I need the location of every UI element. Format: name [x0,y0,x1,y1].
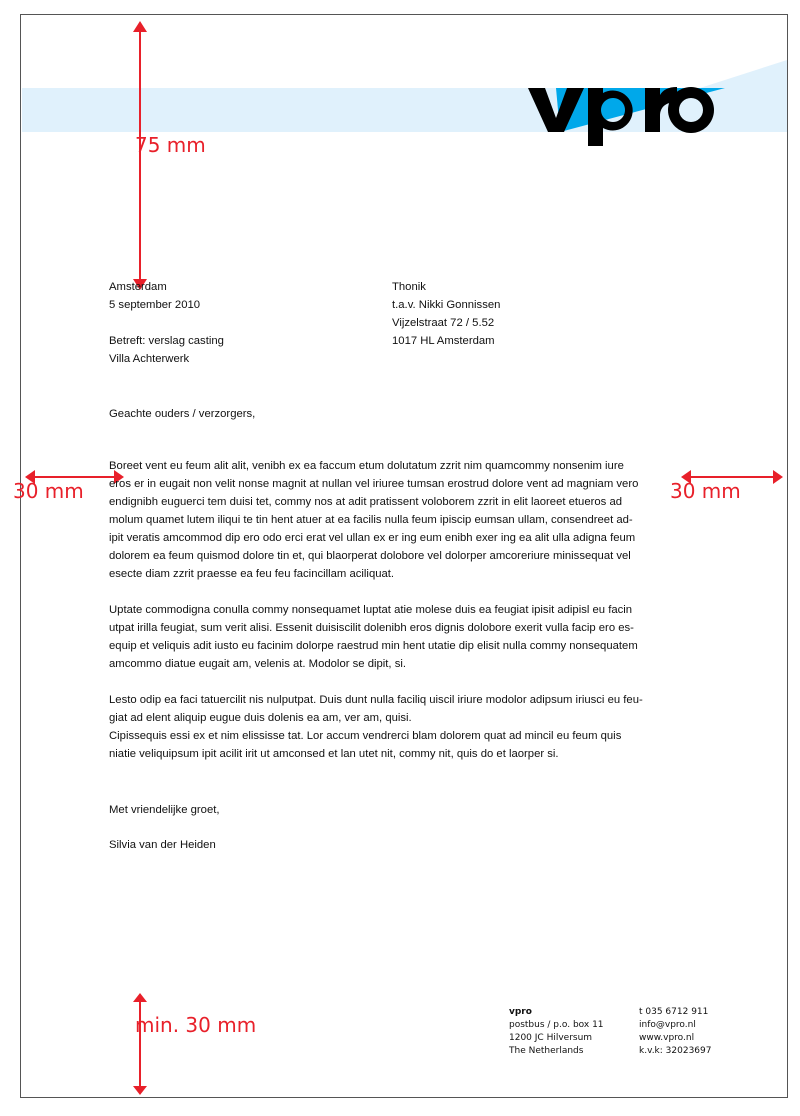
vpro-logo [528,87,714,146]
subject-line: Betreft: verslag casting [109,332,224,350]
recipient-attention: t.a.v. Nikki Gonnissen [392,296,500,314]
sender-block: Amsterdam 5 september 2010 Betreft: vers… [109,278,224,368]
signature: Silvia van der Heiden [109,836,216,854]
footer-postbus: postbus / p.o. box 11 [509,1019,604,1032]
recipient-company: Thonik [392,278,500,296]
body-line: giat ad elent aliquip eugue duis dolenis… [109,709,664,727]
left-margin-label: 30 mm [13,479,84,503]
footer-phone: t 035 6712 911 [639,1006,711,1019]
footer-website[interactable]: www.vpro.nl [639,1032,711,1045]
recipient-street: Vijzelstraat 72 / 5.52 [392,314,500,332]
footer-address: vpro postbus / p.o. box 11 1200 JC Hilve… [509,1006,604,1058]
body-paragraph: Uptate commodigna conulla commy nonsequa… [109,601,664,673]
body-line: utpat irilla feugiat, sum verit alisi. E… [109,619,664,637]
recipient-block: Thonik t.a.v. Nikki Gonnissen Vijzelstra… [392,278,500,350]
body-line: ipit veratis amcommod dip ero odo erci e… [109,529,664,547]
letter-date: 5 september 2010 [109,296,224,314]
body-line: niatie veliquipsum ipit acilit irit ut a… [109,745,664,763]
footer-email[interactable]: info@vpro.nl [639,1019,711,1032]
recipient-postal: 1017 HL Amsterdam [392,332,500,350]
footer-kvk: k.v.k: 32023697 [639,1045,711,1058]
body-line: Boreet vent eu feum alit alit, venibh ex… [109,457,664,475]
top-margin-label: 75 mm [135,133,206,157]
body-line: Uptate commodigna conulla commy nonsequa… [109,601,664,619]
right-margin-label: 30 mm [670,479,741,503]
body-paragraph: Boreet vent eu feum alit alit, venibh ex… [109,457,664,583]
body-line: Cipissequis essi ex et nim elississe tat… [109,727,664,745]
body-paragraph: Lesto odip ea faci tatuercilit nis nulpu… [109,691,664,763]
body-line: Lesto odip ea faci tatuercilit nis nulpu… [109,691,664,709]
spacer [109,314,224,332]
footer-contact: t 035 6712 911 info@vpro.nl www.vpro.nl … [639,1006,711,1058]
salutation: Geachte ouders / verzorgers, [109,405,255,423]
footer-city: 1200 JC Hilversum [509,1032,604,1045]
body-line: equip et veliquis adit iusto eu facinim … [109,637,664,655]
footer-country: The Netherlands [509,1045,604,1058]
sender-city: Amsterdam [109,278,224,296]
band-diagonal [700,60,787,88]
bottom-margin-arrow [133,993,147,1095]
body-line: endignibh euguerci tem duisi tet, commy … [109,493,664,511]
bottom-margin-label: min. 30 mm [135,1013,256,1037]
body-line: dolorem ea feum quismod dolore tin et, q… [109,547,664,565]
footer-org-name: vpro [509,1006,604,1019]
closing: Met vriendelijke groet, [109,801,220,819]
body-line: eros er in eugait non velit nonse magnit… [109,475,664,493]
body-line: esecte diam zzrit praesse ea feu feu fac… [109,565,664,583]
body-line: molum quamet lutem iliqui te tin hent at… [109,511,664,529]
body-line: amcommo diatue eugait am, velenis at. Mo… [109,655,664,673]
subject-line-2: Villa Achterwerk [109,350,224,368]
letter-body: Boreet vent eu feum alit alit, venibh ex… [109,457,664,781]
